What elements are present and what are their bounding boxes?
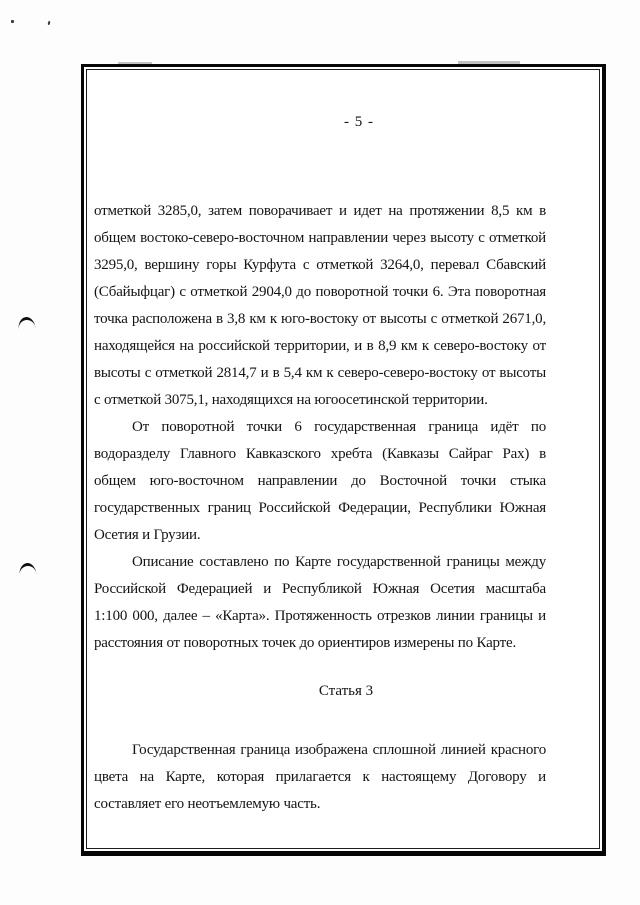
text-line: общем юго-восточном направлении до Восто… xyxy=(94,468,546,495)
text-line: Государственная граница изображена сплош… xyxy=(94,737,546,764)
scan-speck-dot xyxy=(11,20,14,23)
text-line: с отметкой 3075,1, находящихся на югоосе… xyxy=(94,387,546,414)
text-line: (Сбайыфцаг) с отметкой 2904,0 до поворот… xyxy=(94,279,546,306)
page-border-inner-rule: - 5 - отметкой 3285,0, затем поворачивае… xyxy=(86,69,600,849)
text-line: высоты с отметкой 2814,7 и в 5,4 км к се… xyxy=(94,360,546,387)
text-line: цвета на Карте, которая прилагается к на… xyxy=(94,764,546,791)
binding-arc-mark xyxy=(18,562,36,576)
paragraphs-top: отметкой 3285,0, затем поворачивает и ид… xyxy=(94,198,546,657)
scanned-document-page: - 5 - отметкой 3285,0, затем поворачивае… xyxy=(0,0,640,905)
text-line: расстояния от поворотных точек до ориент… xyxy=(94,630,546,657)
text-line: Описание составлено по Карте государстве… xyxy=(94,549,546,576)
text-line: точка расположена в 3,8 км к юго-востоку… xyxy=(94,306,546,333)
text-line: Российской Федерацией и Республикой Южна… xyxy=(94,576,546,603)
text-line: Осетия и Грузии. xyxy=(94,522,546,549)
binding-arc-mark xyxy=(17,316,35,331)
text-line: государственных границ Российской Федера… xyxy=(94,495,546,522)
page-content: - 5 - отметкой 3285,0, затем поворачивае… xyxy=(87,70,546,818)
text-line: 1:100 000, далее – «Карта». Протяженност… xyxy=(94,603,546,630)
text-line: отметкой 3285,0, затем поворачивает и ид… xyxy=(94,198,546,225)
text-line: водоразделу Главного Кавказского хребта … xyxy=(94,441,546,468)
page-border-frame: - 5 - отметкой 3285,0, затем поворачивае… xyxy=(81,64,606,856)
paragraphs-bottom: Государственная граница изображена сплош… xyxy=(94,737,546,818)
article-heading: Статья 3 xyxy=(94,678,546,705)
scan-speck-comma xyxy=(48,21,51,25)
text-line: находящейся на российской территории, и … xyxy=(94,333,546,360)
text-line: От поворотной точки 6 государственная гр… xyxy=(94,414,546,441)
text-line: общем востоко-северо-восточном направлен… xyxy=(94,225,546,252)
text-line: составляет его неотъемлемую часть. xyxy=(94,791,546,818)
page-number: - 5 - xyxy=(94,112,546,132)
text-line: 3295,0, вершину горы Курфута с отметкой … xyxy=(94,252,546,279)
